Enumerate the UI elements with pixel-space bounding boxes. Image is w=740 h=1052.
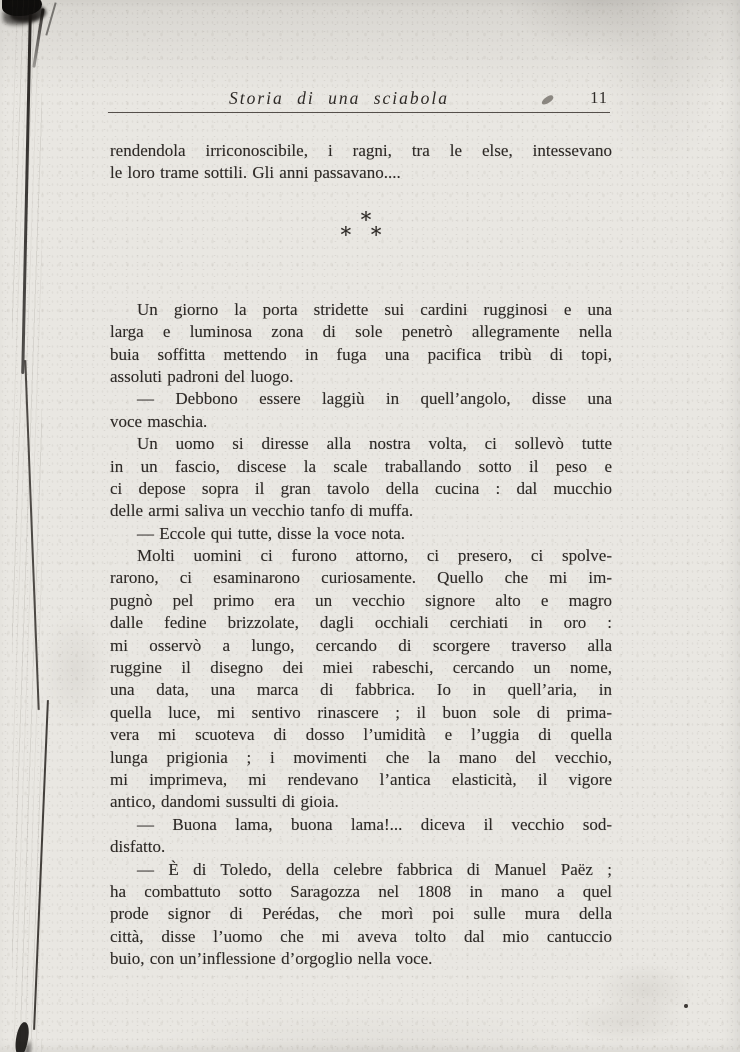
- text-line: buio, con un’inflessione d’orgoglio nell…: [110, 948, 612, 970]
- text-line: ci depose sopra il gran tavolo della cuc…: [110, 478, 612, 500]
- binding-crack: [24, 360, 40, 710]
- text-line: le loro trame sottili. Gli anni passavan…: [110, 162, 612, 184]
- text-line: larga e luminosa zona di sole penetrò al…: [110, 321, 612, 343]
- text-line: quella luce, mi sentivo rinascere ; il b…: [110, 702, 612, 724]
- binding-crack: [21, 14, 31, 374]
- text-line: ruggine il disegno dei miei rabeschi, ce…: [110, 657, 612, 679]
- paragraph: Un giorno la porta stridette sui cardini…: [110, 299, 612, 389]
- section-divider: * * *: [110, 214, 612, 245]
- page-number: 11: [590, 88, 608, 108]
- text-line: — È di Toledo, della celebre fabbrica di…: [110, 859, 612, 881]
- text-line: Molti uomini ci furono attorno, ci prese…: [110, 545, 612, 567]
- paragraph: Un uomo si diresse alla nostra volta, ci…: [110, 433, 612, 523]
- text-line: Un uomo si diresse alla nostra volta, ci…: [110, 433, 612, 455]
- paragraph-slot-rest: Un giorno la porta stridette sui cardini…: [110, 299, 612, 971]
- ink-dot: [684, 1004, 688, 1008]
- text-line: rendendola irriconoscibile, i ragni, tra…: [110, 140, 612, 162]
- text-line: — Debbono essere laggiù in quell’angolo,…: [110, 388, 612, 410]
- text-line: mi imprimeva, mi rendevano l’antica elas…: [110, 769, 612, 791]
- running-title: Storia di una sciabola: [108, 88, 570, 109]
- text-line: in un fascio, discese la scale traballan…: [110, 456, 612, 478]
- paragraph: — È di Toledo, della celebre fabbrica di…: [110, 859, 612, 971]
- text-line: dalle fedine brizzolate, dagli occhiali …: [110, 612, 612, 634]
- binding-striations: [12, 0, 42, 1052]
- text-line: pugnò pel primo era un vecchio signore a…: [110, 590, 612, 612]
- binding-crack: [33, 700, 49, 1030]
- ink-blob-bottom-left: [13, 1021, 32, 1052]
- paragraph: — Debbono essere laggiù in quell’angolo,…: [110, 388, 612, 433]
- text-line: ha combattuto sotto Saragozza nel 1808 i…: [110, 881, 612, 903]
- text-line: antico, dandomi sussulti di gioia.: [110, 791, 612, 813]
- text-line: città, disse l’uomo che mi aveva tolto d…: [110, 926, 612, 948]
- ink-blob-top-left: [2, 0, 42, 16]
- stain: [40, 610, 110, 730]
- paragraph-slot-first: rendendola irriconoscibile, i ragni, tra…: [110, 140, 612, 185]
- text-line: Un giorno la porta stridette sui cardini…: [110, 299, 612, 321]
- text-line: mi osservò a lungo, cercando di scorgere…: [110, 635, 612, 657]
- text-line: voce maschia.: [110, 411, 612, 433]
- text-line: buia soffitta mettendo in fuga una pacif…: [110, 344, 612, 366]
- paragraph: — Eccole qui tutte, disse la voce nota.: [110, 523, 612, 545]
- text-line: vera mi scuoteva di dosso l’umidità e l’…: [110, 724, 612, 746]
- stain: [568, 1000, 688, 1044]
- paragraph: — Buona lama, buona lama!... diceva il v…: [110, 814, 612, 859]
- text-line: delle armi saliva un vecchio tanfo di mu…: [110, 500, 612, 522]
- text-line: rarono, ci esaminarono curiosamente. Que…: [110, 567, 612, 589]
- paragraph: Molti uomini ci furono attorno, ci prese…: [110, 545, 612, 814]
- ink-drip: [45, 2, 56, 35]
- asterisk-row-bottom: * *: [110, 226, 612, 245]
- paragraph: rendendola irriconoscibile, i ragni, tra…: [110, 140, 612, 185]
- stain: [595, 962, 695, 1020]
- page-header: Storia di una sciabola 11: [108, 84, 610, 113]
- book-page: Storia di una sciabola 11 rendendola irr…: [0, 0, 740, 1052]
- text-line: — Eccole qui tutte, disse la voce nota.: [110, 523, 612, 545]
- ink-drip: [32, 8, 44, 68]
- page-body: rendendola irriconoscibile, i ragni, tra…: [110, 140, 612, 971]
- text-line: assoluti padroni del luogo.: [110, 366, 612, 388]
- text-line: lunga prigionia ; i movimenti che la man…: [110, 747, 612, 769]
- text-line: — Buona lama, buona lama!... diceva il v…: [110, 814, 612, 836]
- text-line: una data, una marca di fabbrica. Io in q…: [110, 679, 612, 701]
- text-line: disfatto.: [110, 836, 612, 858]
- text-line: prode signor di Perédas, che morì poi su…: [110, 903, 612, 925]
